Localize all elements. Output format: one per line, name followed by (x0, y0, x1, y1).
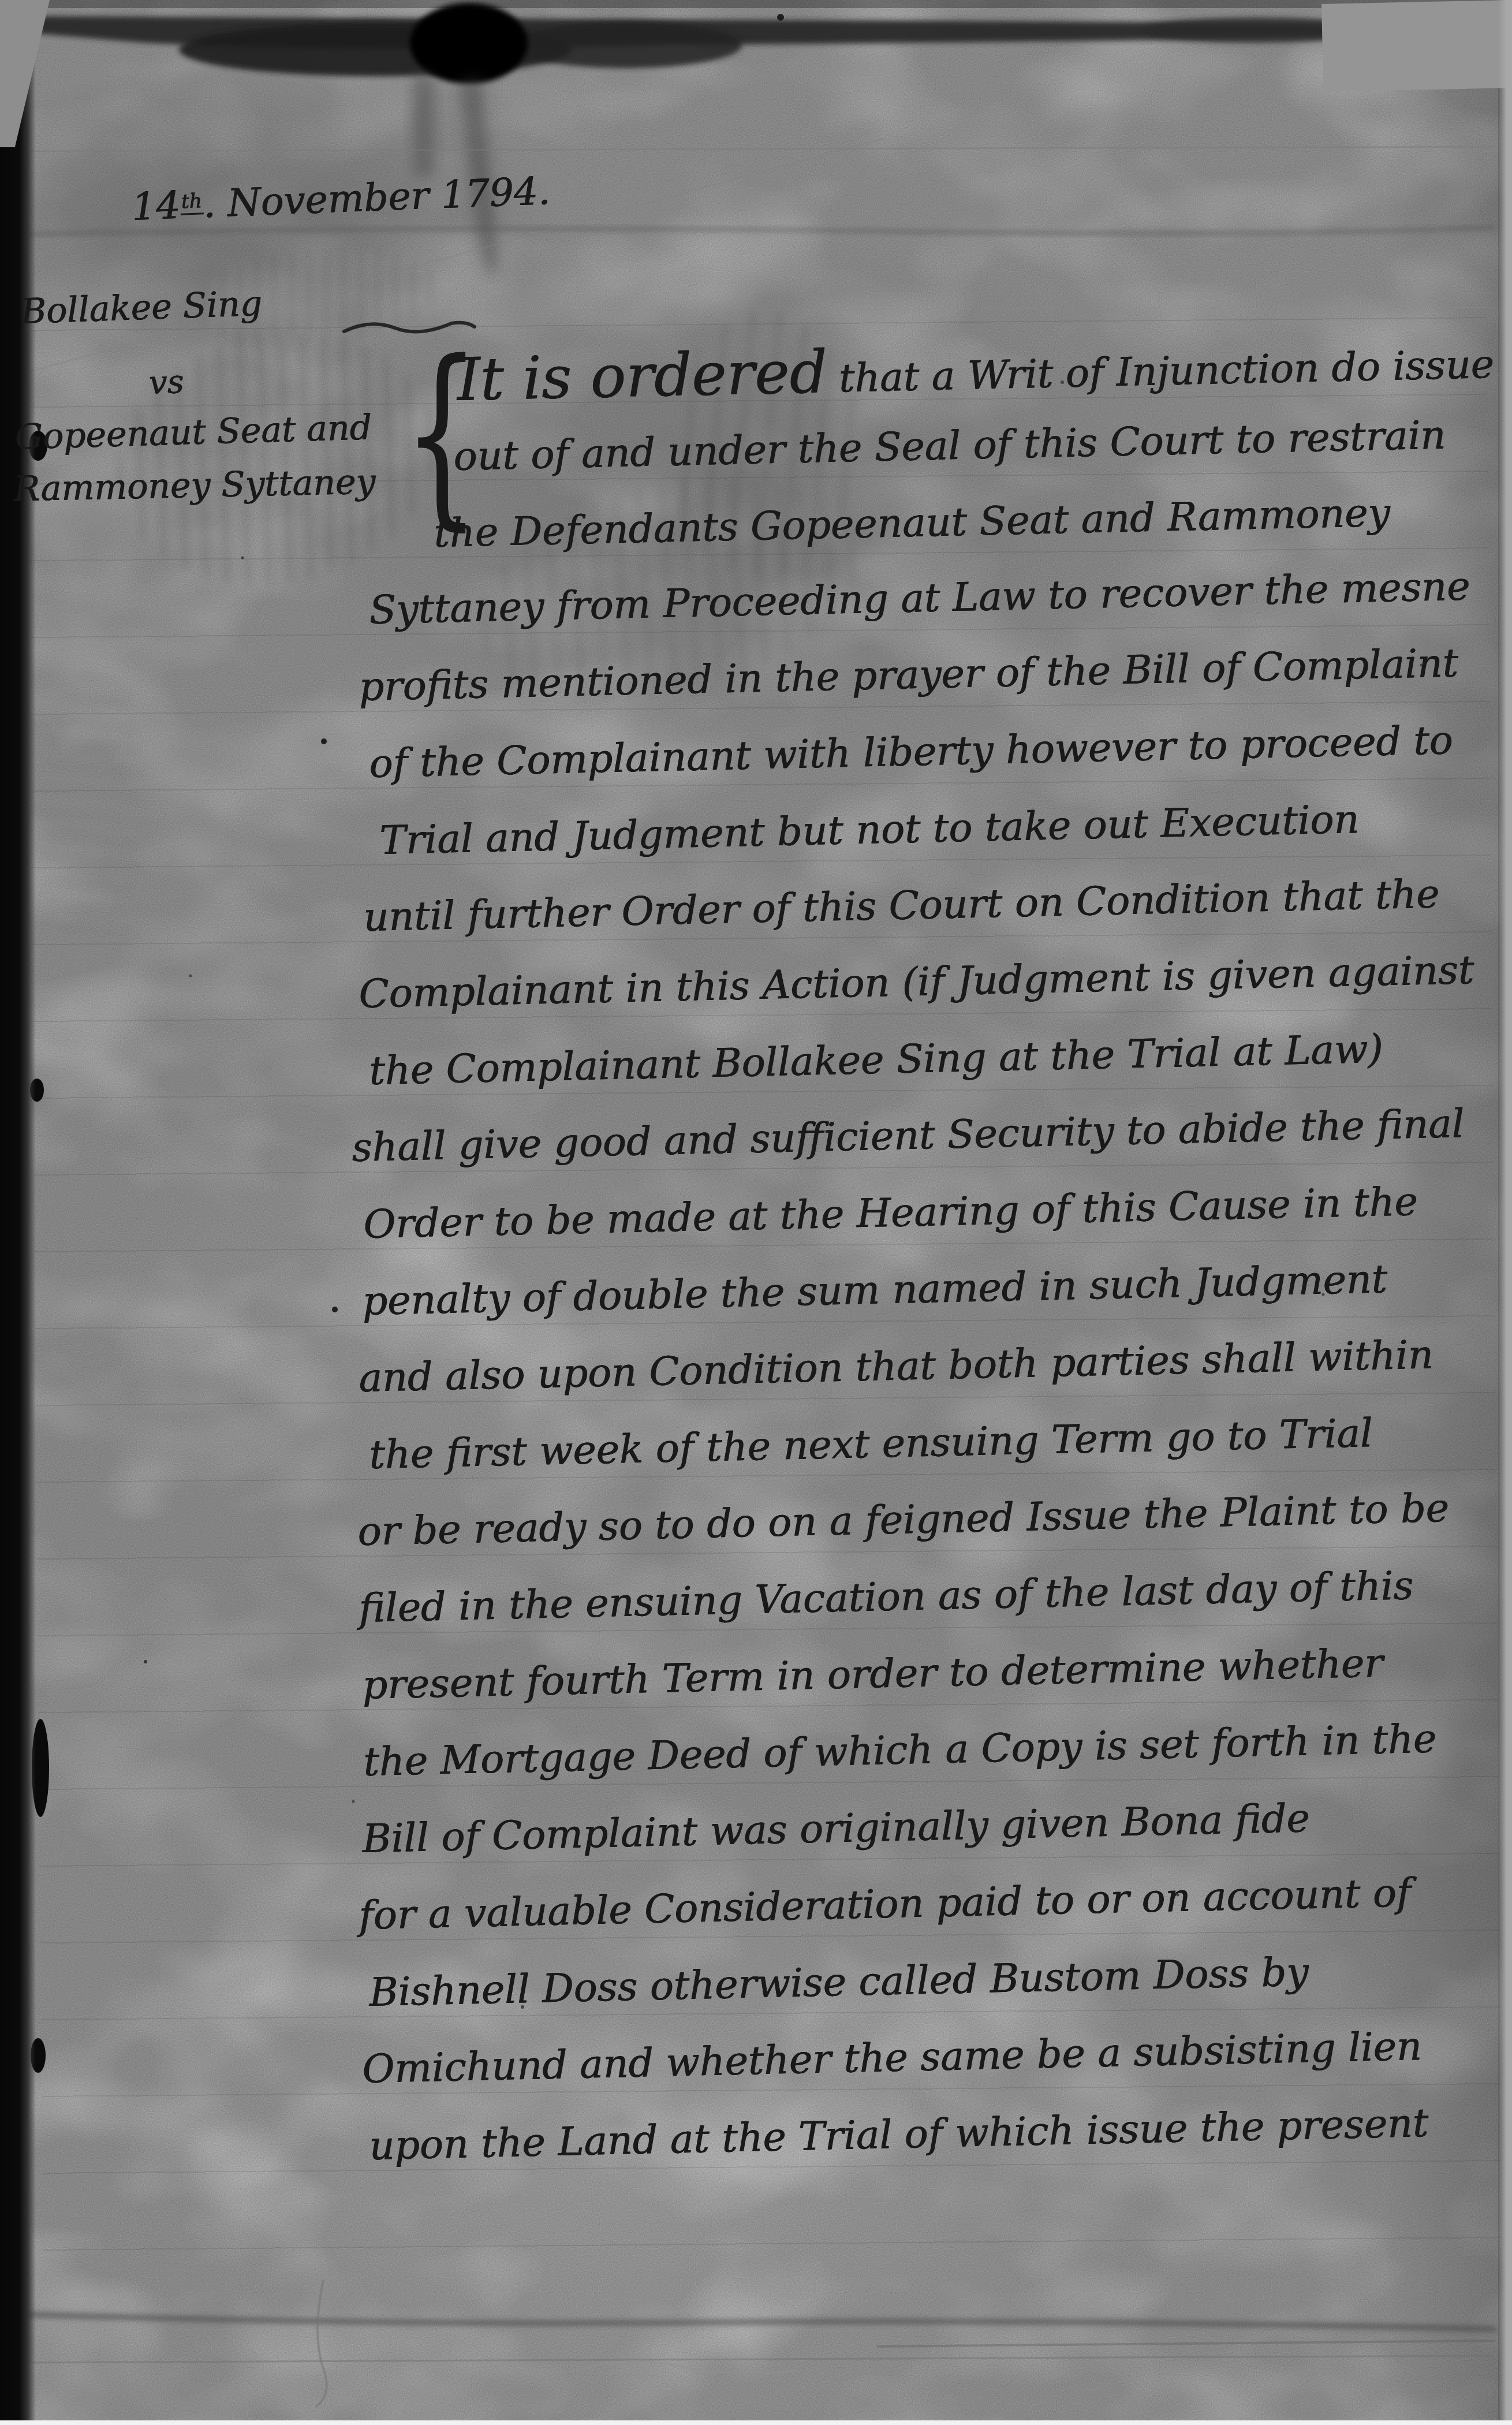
manuscript-content: 14th. November 1794. Bollakee Sing vs Go… (0, 0, 1512, 2425)
defendant-name-line2: Rammoney Syttaney (13, 461, 376, 509)
defendant-name-line1: Gopeenaut Seat and (14, 407, 372, 457)
plaintiff-name: Bollakee Sing (20, 283, 263, 333)
versus-label: vs (148, 363, 185, 402)
order-line-01-rest: that a Writ of Injunction do issue (838, 342, 1494, 402)
scanned-page-photo: 14th. November 1794. Bollakee Sing vs Go… (0, 0, 1512, 2425)
order-opening-words: It is ordered (456, 338, 828, 415)
